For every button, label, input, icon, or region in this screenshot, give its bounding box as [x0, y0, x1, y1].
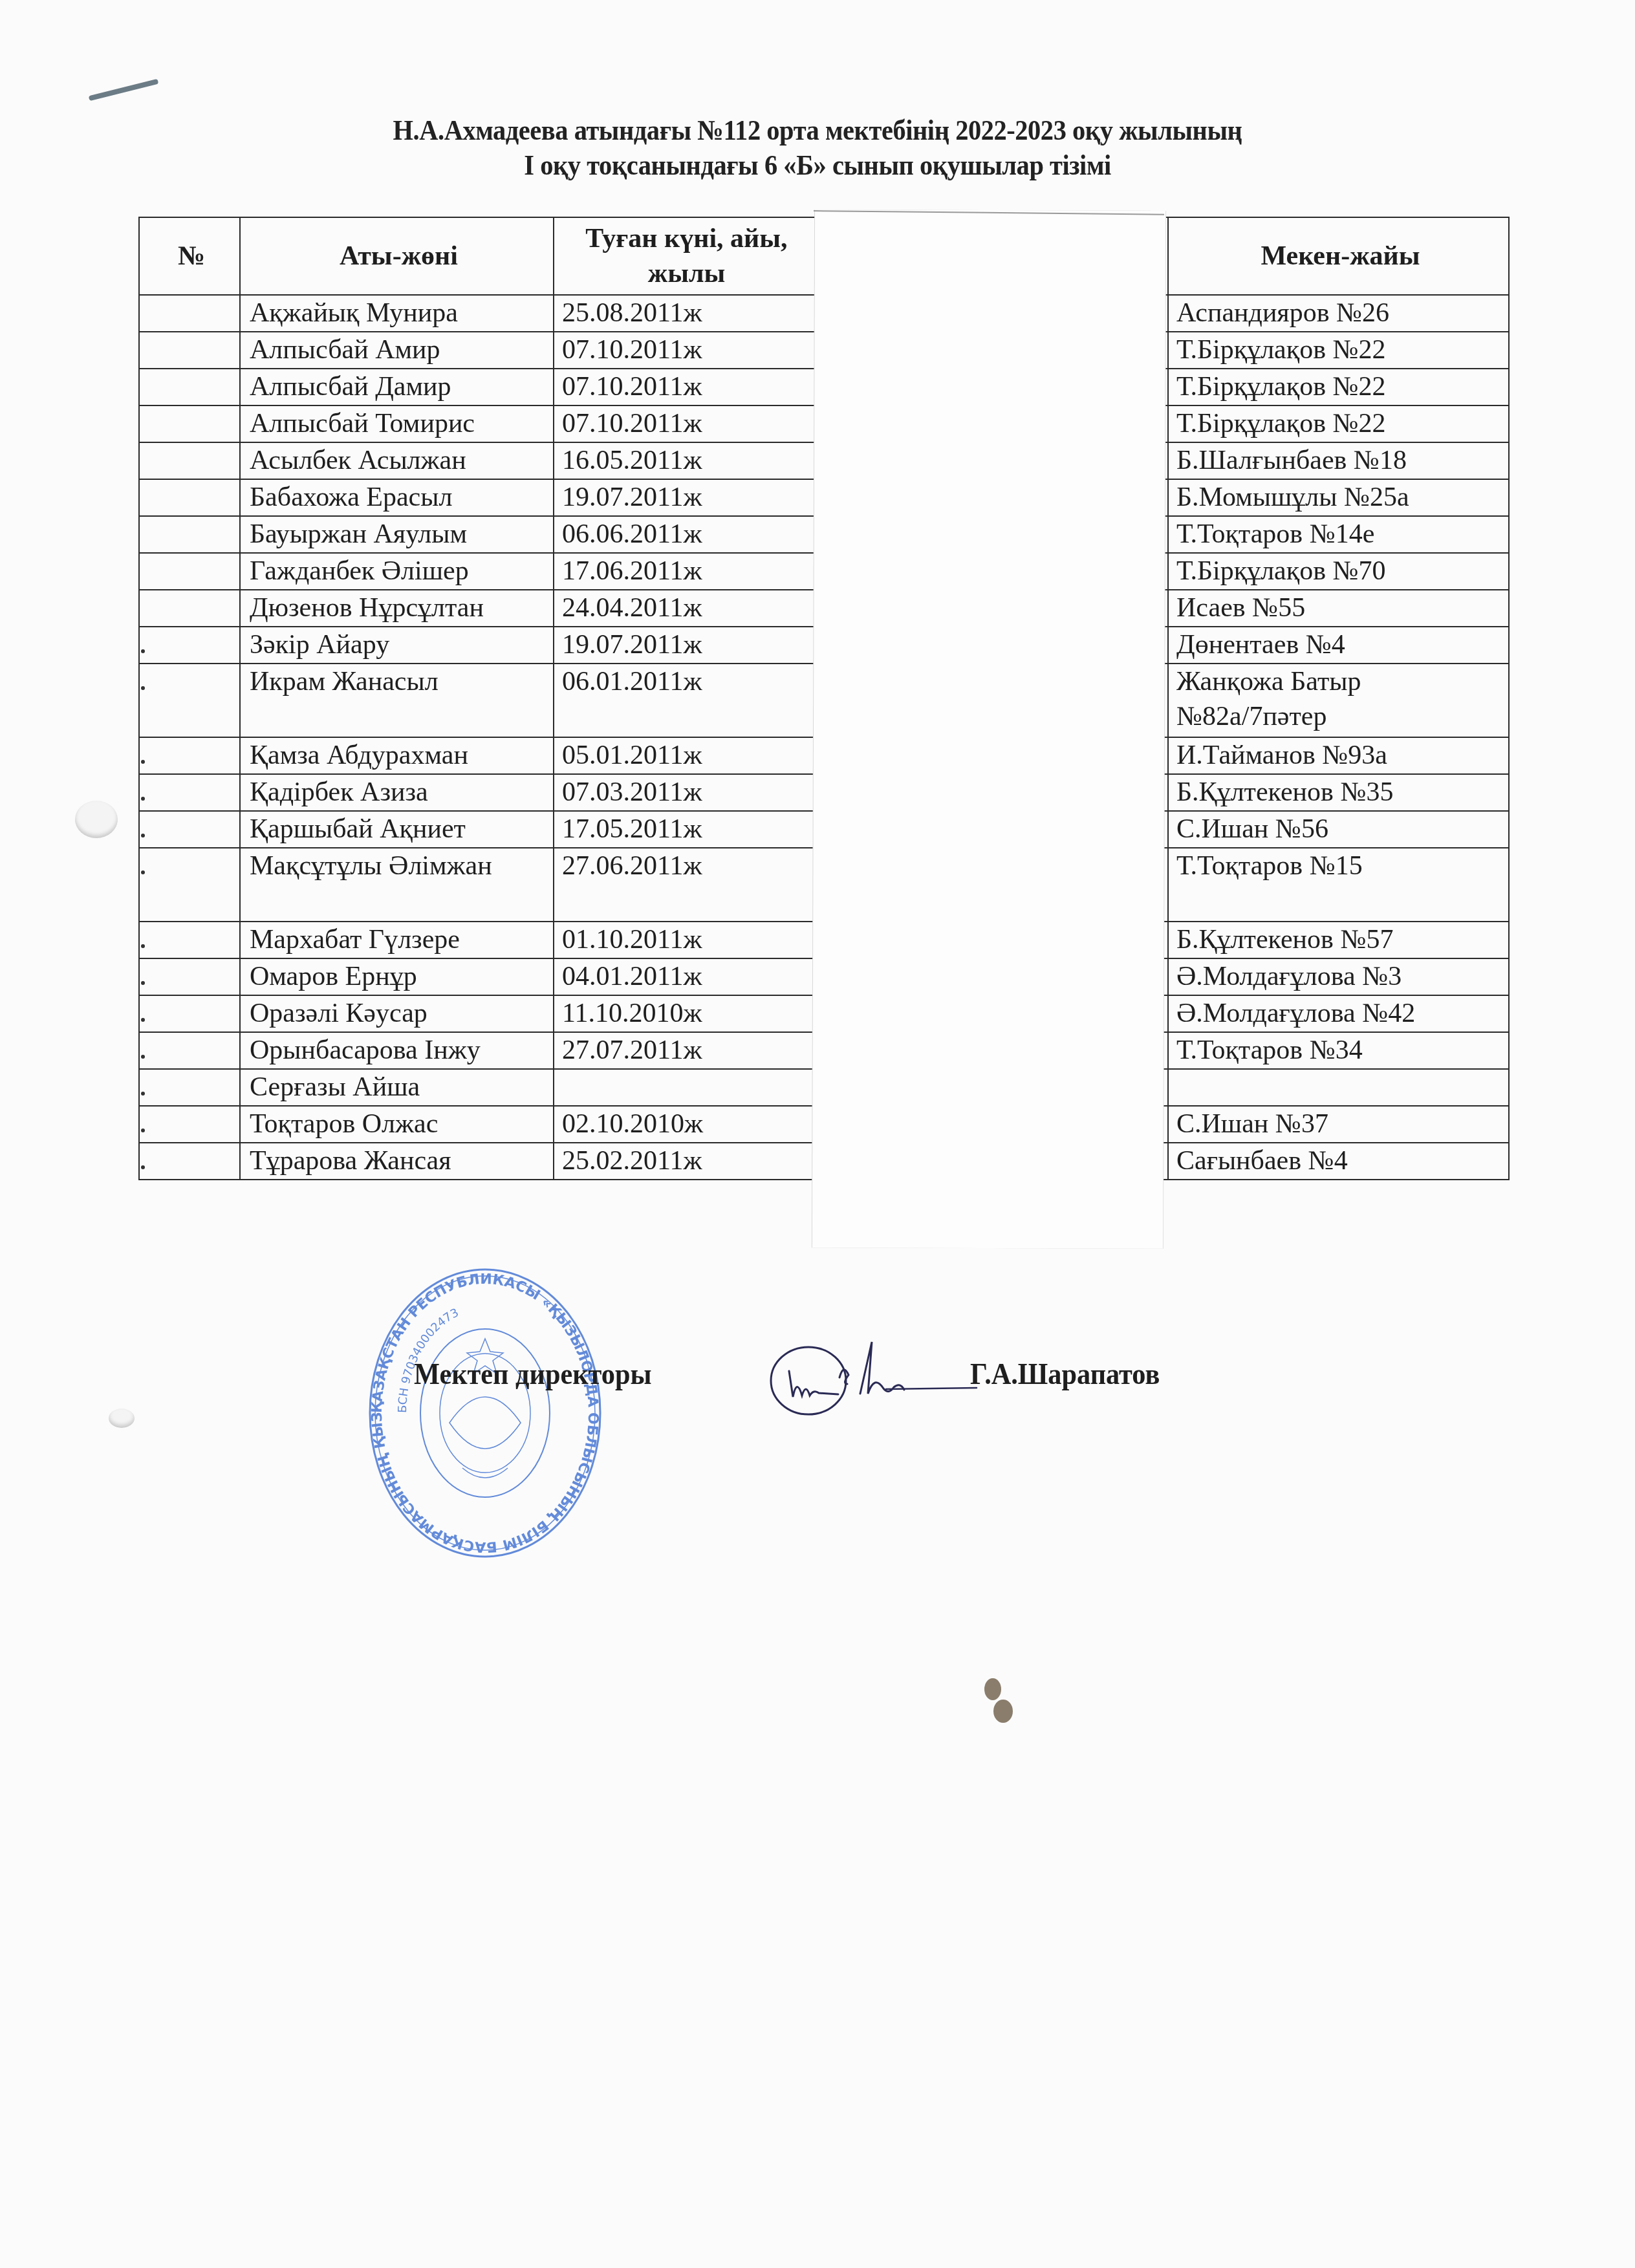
birth-date-cell: 07.10.2011ж	[554, 369, 816, 405]
row-number-cell	[139, 737, 240, 774]
truncated-number-mark	[141, 1092, 145, 1096]
student-name-cell: Қаршыбай Ақниет	[240, 811, 554, 848]
truncated-number-mark	[141, 797, 145, 801]
address-cell: С.Ишан №37	[1168, 1106, 1509, 1143]
student-name-cell: Бабахожа Ерасыл	[240, 479, 554, 516]
student-name-cell: Дюзенов Нұрсұлтан	[240, 590, 554, 627]
address-cell: Ә.Молдағұлова №42	[1168, 995, 1509, 1032]
row-number-cell	[139, 479, 240, 516]
handwritten-signature-icon	[763, 1332, 983, 1416]
birth-date-cell: 07.10.2011ж	[554, 405, 816, 442]
birth-date-cell: 05.01.2011ж	[554, 737, 816, 774]
row-number-cell	[139, 922, 240, 958]
row-number-cell	[139, 664, 240, 737]
birth-date-cell: 27.06.2011ж	[554, 848, 816, 922]
address-cell: Б.Шалғынбаев №18	[1168, 442, 1509, 479]
row-number-cell	[139, 1106, 240, 1143]
address-cell: С.Ишан №56	[1168, 811, 1509, 848]
address-cell: Б.Құлтекенов №35	[1168, 774, 1509, 811]
address-cell: Сағынбаев №4	[1168, 1143, 1509, 1180]
row-number-cell	[139, 774, 240, 811]
row-number-cell	[139, 442, 240, 479]
address-cell: Т.Бірқұлақов №22	[1168, 405, 1509, 442]
student-name-cell: Мархабат Гүлзере	[240, 922, 554, 958]
birth-date-cell: 04.01.2011ж	[554, 958, 816, 995]
row-number-cell	[139, 848, 240, 922]
punch-hole	[109, 1409, 135, 1428]
address-cell: Б.Құлтекенов №57	[1168, 922, 1509, 958]
student-name-cell: Бауыржан Аяулым	[240, 516, 554, 553]
birth-date-cell: 16.05.2011ж	[554, 442, 816, 479]
address-cell: Т.Бірқұлақов №70	[1168, 553, 1509, 590]
birth-date-cell: 19.07.2011ж	[554, 627, 816, 664]
row-number-cell	[139, 369, 240, 405]
address-cell: Б.Момышұлы №25а	[1168, 479, 1509, 516]
address-cell: Т.Бірқұлақов №22	[1168, 332, 1509, 369]
birth-date-cell: 02.10.2010ж	[554, 1106, 816, 1143]
student-name-cell: Қадірбек Азиза	[240, 774, 554, 811]
student-name-cell: Серғазы Айша	[240, 1069, 554, 1106]
student-name-cell: Икрам Жанасыл	[240, 664, 554, 737]
truncated-number-mark	[141, 870, 145, 874]
document-title-line-1: Н.А.Ахмадеева атындағы №112 орта мектебі…	[65, 114, 1570, 147]
row-number-cell	[139, 811, 240, 848]
paper-overlay	[812, 210, 1165, 1248]
truncated-number-mark	[141, 1165, 145, 1169]
birth-date-cell: 17.05.2011ж	[554, 811, 816, 848]
truncated-number-mark	[141, 1018, 145, 1022]
student-name-cell: Алпысбай Томирис	[240, 405, 554, 442]
truncated-number-mark	[141, 760, 145, 764]
birth-date-cell: 01.10.2011ж	[554, 922, 816, 958]
student-name-cell: Мақсұтұлы Әлімжан	[240, 848, 554, 922]
student-name-cell: Асылбек Асылжан	[240, 442, 554, 479]
header-number: №	[139, 217, 240, 295]
staple-mark	[89, 79, 159, 101]
official-stamp-icon: ҚАЗАҚСТАН РЕСПУБЛИКАСЫ «ҚЫЗЫЛОРДА ОБЛЫСЫ…	[365, 1261, 605, 1565]
row-number-cell	[139, 1032, 240, 1069]
address-cell: И.Тайманов №93а	[1168, 737, 1509, 774]
header-birth-date: Туған күні, айы, жылы	[554, 217, 816, 295]
paper-speck	[993, 1700, 1013, 1723]
row-number-cell	[139, 295, 240, 332]
birth-date-cell	[554, 1069, 816, 1106]
address-cell: Дөнентаев №4	[1168, 627, 1509, 664]
director-label: Мектеп директоры	[414, 1357, 652, 1391]
paper-speck	[984, 1678, 1001, 1700]
row-number-cell	[139, 332, 240, 369]
row-number-cell	[139, 995, 240, 1032]
address-cell: Аспандияров №26	[1168, 295, 1509, 332]
birth-date-cell: 19.07.2011ж	[554, 479, 816, 516]
truncated-number-mark	[141, 981, 145, 985]
truncated-number-mark	[141, 1129, 145, 1132]
director-name: Г.А.Шарапатов	[970, 1357, 1160, 1391]
birth-date-cell: 27.07.2011ж	[554, 1032, 816, 1069]
student-name-cell: Орынбасарова Інжу	[240, 1032, 554, 1069]
punch-hole	[75, 801, 118, 838]
header-full-name: Аты-жөні	[240, 217, 554, 295]
address-cell: Жанқожа Батыр №82а/7пәтер	[1168, 664, 1509, 737]
row-number-cell	[139, 1069, 240, 1106]
row-number-cell	[139, 516, 240, 553]
address-cell: Исаев №55	[1168, 590, 1509, 627]
student-name-cell: Ақжайық Мунира	[240, 295, 554, 332]
student-name-cell: Зәкір Айару	[240, 627, 554, 664]
header-address: Мекен-жайы	[1168, 217, 1509, 295]
address-cell: Т.Тоқтаров №34	[1168, 1032, 1509, 1069]
row-number-cell	[139, 590, 240, 627]
address-cell: Ә.Молдағұлова №3	[1168, 958, 1509, 995]
birth-date-cell: 06.01.2011ж	[554, 664, 816, 737]
row-number-cell	[139, 405, 240, 442]
birth-date-cell: 25.02.2011ж	[554, 1143, 816, 1180]
birth-date-cell: 25.08.2011ж	[554, 295, 816, 332]
birth-date-cell: 11.10.2010ж	[554, 995, 816, 1032]
student-name-cell: Тұрарова Жансая	[240, 1143, 554, 1180]
student-name-cell: Оразәлі Кәусар	[240, 995, 554, 1032]
address-cell: Т.Бірқұлақов №22	[1168, 369, 1509, 405]
truncated-number-mark	[141, 944, 145, 948]
birth-date-cell: 07.03.2011ж	[554, 774, 816, 811]
address-cell	[1168, 1069, 1509, 1106]
truncated-number-mark	[141, 1055, 145, 1059]
row-number-cell	[139, 627, 240, 664]
student-name-cell: Алпысбай Амир	[240, 332, 554, 369]
row-number-cell	[139, 553, 240, 590]
address-cell: Т.Тоқтаров №15	[1168, 848, 1509, 922]
student-name-cell: Тоқтаров Олжас	[240, 1106, 554, 1143]
truncated-number-mark	[141, 686, 145, 690]
student-name-cell: Омаров Ернұр	[240, 958, 554, 995]
student-name-cell: Гажданбек Әлішер	[240, 553, 554, 590]
birth-date-cell: 24.04.2011ж	[554, 590, 816, 627]
birth-date-cell: 06.06.2011ж	[554, 516, 816, 553]
student-name-cell: Қамза Абдурахман	[240, 737, 554, 774]
truncated-number-mark	[141, 834, 145, 837]
address-cell: Т.Тоқтаров №14е	[1168, 516, 1509, 553]
row-number-cell	[139, 958, 240, 995]
student-name-cell: Алпысбай Дамир	[240, 369, 554, 405]
truncated-number-mark	[141, 649, 145, 653]
birth-date-cell: 07.10.2011ж	[554, 332, 816, 369]
document-title-line-2: І оқу тоқсанындағы 6 «Б» сынып оқушылар …	[65, 149, 1570, 182]
row-number-cell	[139, 1143, 240, 1180]
birth-date-cell: 17.06.2011ж	[554, 553, 816, 590]
